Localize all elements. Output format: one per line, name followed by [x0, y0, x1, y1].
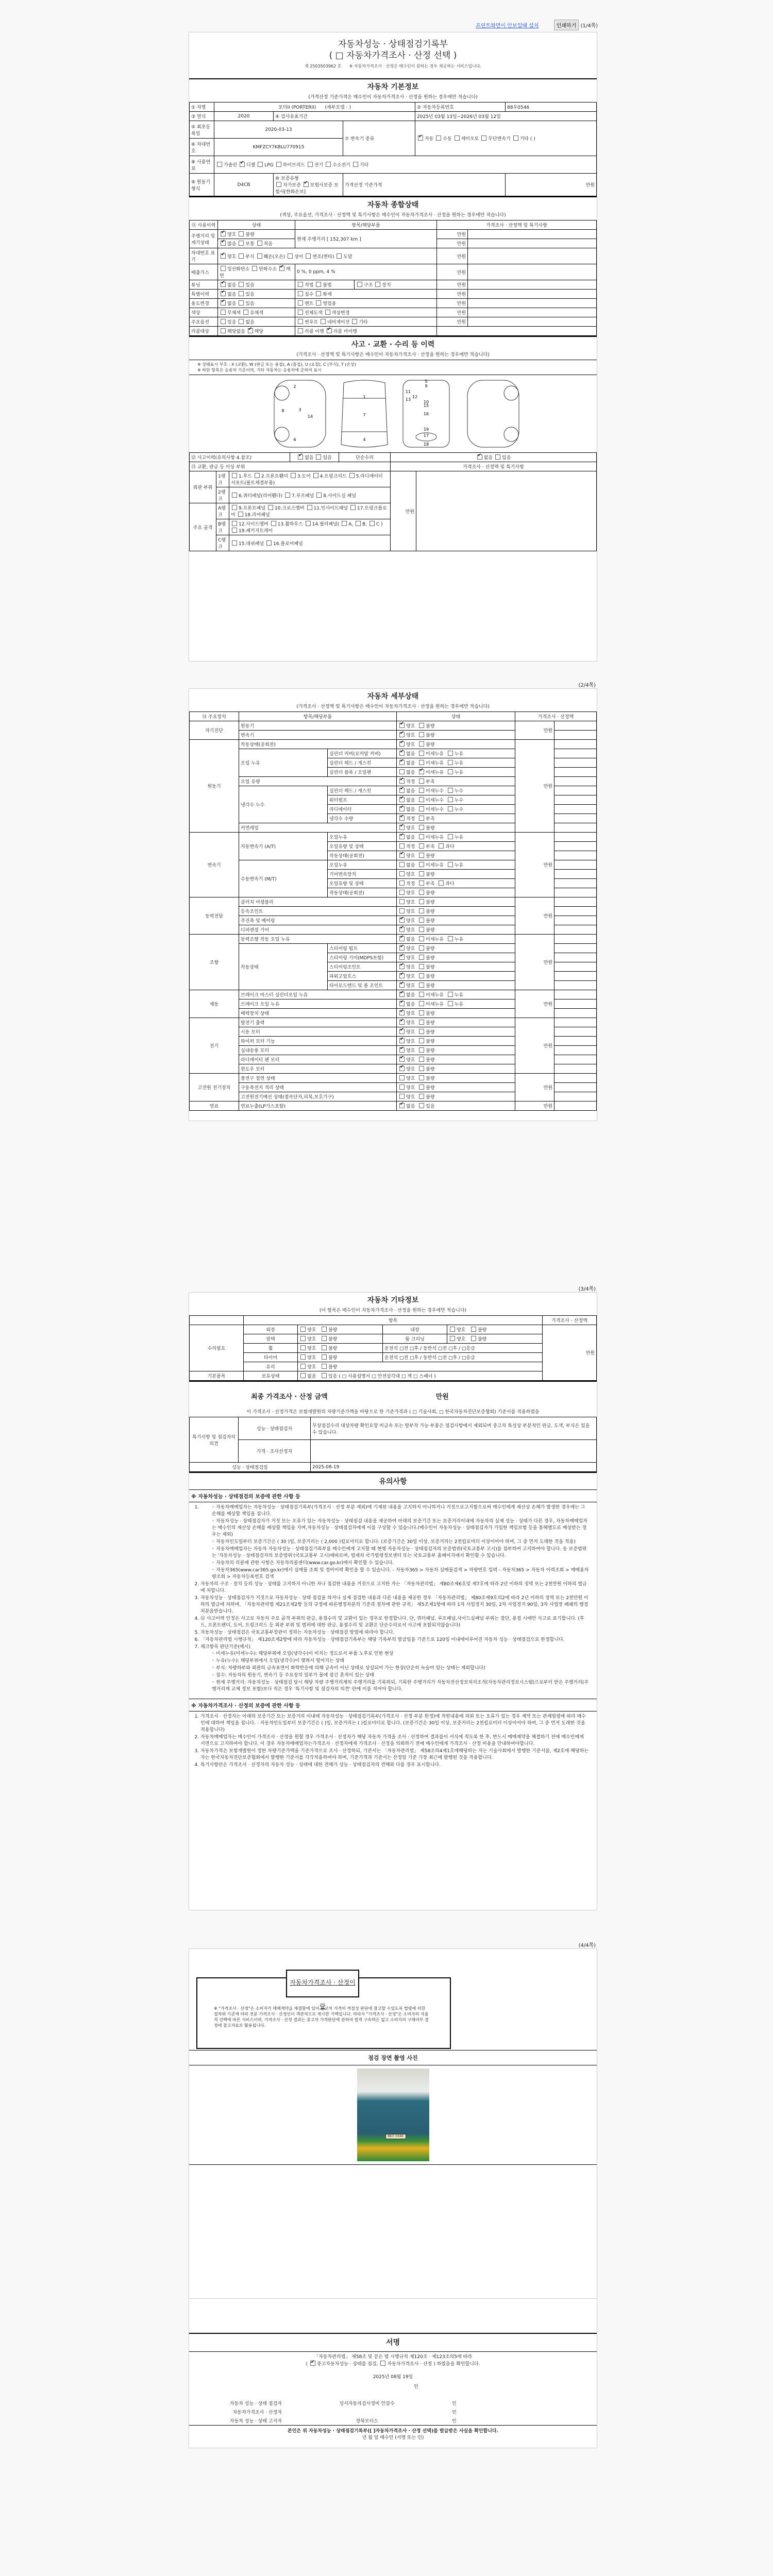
checkbox[interactable]	[471, 1327, 476, 1332]
option-label: 불량	[426, 872, 434, 877]
checkbox[interactable]	[481, 135, 486, 141]
checkbox[interactable]	[399, 936, 405, 941]
checkbox[interactable]	[221, 300, 226, 306]
checkbox[interactable]	[419, 936, 424, 941]
notice-item: 자동차매매업자는 자동차성능 · 상태점검기록부(가격조사 · 산정 부분 제외…	[200, 1504, 590, 1581]
first-reg: 2020-03-13	[214, 121, 343, 139]
checkbox[interactable]	[419, 834, 424, 839]
group-name: 자기진단	[190, 721, 239, 740]
checkbox[interactable]	[232, 493, 237, 498]
notice-section: 유의사항 ※ 자동차성능 · 상태점검의 보증에 관한 사항 등 자동차매매업자…	[189, 1472, 597, 1774]
option-label: 양호	[406, 872, 415, 877]
option-label: 있음	[323, 455, 331, 461]
checkbox[interactable]	[291, 473, 296, 478]
option-label: 양호	[406, 928, 415, 933]
checkbox[interactable]	[221, 241, 226, 246]
checkbox[interactable]	[316, 493, 322, 498]
group-name: 제동	[190, 990, 239, 1018]
checkbox[interactable]	[419, 806, 424, 811]
detail-row: 고전원 전기장치충전구 절연 상태양호 불량만원	[190, 1074, 597, 1083]
checkbox[interactable]	[298, 300, 303, 306]
option-label: 과다	[445, 882, 454, 887]
checkbox[interactable]	[298, 282, 303, 287]
checkbox[interactable]	[448, 760, 453, 765]
checkbox[interactable]	[357, 282, 362, 287]
checkbox[interactable]	[298, 291, 303, 296]
option-label: 없음	[406, 1104, 415, 1109]
checkbox[interactable]	[399, 862, 405, 867]
checkbox[interactable]	[419, 945, 424, 951]
checkbox[interactable]	[439, 880, 444, 886]
checkbox[interactable]	[419, 918, 424, 923]
option-label: 없음	[227, 283, 236, 288]
checkbox[interactable]	[471, 1336, 476, 1341]
notice-list-2: 가격조사 · 산정자는 아래의 보증기간 또는 보증거리 이내에 자동차성능 ·…	[189, 1711, 597, 1774]
option-label: 없음	[484, 455, 493, 461]
checkbox[interactable]	[285, 493, 290, 498]
checkbox[interactable]	[419, 1103, 424, 1108]
checkbox[interactable]	[419, 927, 424, 932]
svg-text:7: 7	[363, 413, 365, 417]
option-label: 기타	[360, 163, 368, 168]
checkbox[interactable]	[399, 973, 405, 978]
checkbox[interactable]	[399, 769, 405, 774]
option-label: 불량	[426, 1095, 434, 1100]
checkbox[interactable]	[419, 853, 424, 858]
checkbox[interactable]	[399, 778, 405, 784]
checkbox[interactable]	[419, 741, 424, 747]
checkbox[interactable]	[232, 473, 237, 478]
checkbox[interactable]	[298, 310, 303, 315]
checkbox[interactable]	[217, 162, 222, 167]
group-name: 조향	[190, 935, 239, 990]
option-label: 없음	[406, 789, 415, 794]
checkbox[interactable]	[419, 1029, 424, 1034]
checkbox[interactable]	[304, 182, 309, 187]
checkbox[interactable]	[399, 1010, 405, 1015]
option-label: 불량	[426, 733, 434, 738]
checkbox[interactable]	[448, 1001, 453, 1006]
install-link[interactable]: 프린트화면이 안보일때 설치	[476, 23, 539, 29]
checkbox[interactable]	[448, 992, 453, 997]
checkbox[interactable]	[419, 825, 424, 830]
checkbox[interactable]	[248, 328, 253, 333]
checkbox[interactable]	[399, 992, 405, 997]
checkbox[interactable]	[316, 291, 321, 296]
checkbox[interactable]	[239, 253, 244, 259]
box-title: 자동차가격조사 · 산정이란	[286, 1970, 359, 1997]
option-label: 기타	[359, 320, 367, 325]
option-label: 불량	[426, 1021, 434, 1026]
checkbox[interactable]	[221, 328, 226, 333]
checkbox[interactable]	[337, 253, 342, 259]
checkbox[interactable]	[419, 1075, 424, 1080]
svg-text:6: 6	[293, 437, 296, 442]
checkbox[interactable]	[399, 732, 405, 737]
checkbox[interactable]	[306, 253, 311, 259]
checkbox[interactable]	[399, 806, 405, 811]
section-title: 자동차 종합상태	[189, 197, 597, 210]
opinion-table: 특기사항 및 점검자의 의견성능 · 상태점검자무상점검수리 대상차량 확인요망…	[189, 1417, 597, 1472]
checkbox[interactable]	[419, 1084, 424, 1090]
checkbox[interactable]	[399, 797, 405, 802]
checkbox[interactable]	[419, 751, 424, 756]
svg-text:4: 4	[363, 437, 365, 442]
checkbox[interactable]	[399, 816, 405, 821]
notice-item: ⑫ 사고이력 인정은 사고로 자동차 주요 골격 부위의 판금, 용접수리 및 …	[200, 1616, 590, 1629]
checkbox[interactable]	[419, 982, 424, 988]
notice-item: 특기사항란은 가격조사 · 산정자의 자동차 성능 · 상태에 대한 견해가 성…	[200, 1762, 590, 1769]
checkbox[interactable]	[369, 521, 375, 526]
checkbox[interactable]	[399, 723, 405, 728]
option-label: 없음	[406, 835, 415, 840]
checkbox[interactable]	[419, 1001, 424, 1006]
print-button[interactable]: 인쇄하기	[554, 20, 579, 30]
checkbox[interactable]	[300, 1373, 306, 1378]
seal: 인	[236, 2384, 597, 2391]
checkbox[interactable]	[450, 1336, 455, 1341]
checkbox[interactable]	[239, 241, 244, 246]
section-note: (가격조사 · 산정액 및 특기사항은 매수인이 자동차가격조사 · 산정을 원…	[189, 349, 597, 360]
option-label: 도말	[343, 255, 352, 260]
checkbox[interactable]	[353, 162, 358, 167]
checkbox[interactable]	[279, 266, 284, 271]
checkbox[interactable]	[419, 955, 424, 960]
checkbox[interactable]	[321, 319, 326, 324]
option-label: 없음	[227, 301, 236, 307]
checkbox[interactable]	[271, 521, 276, 526]
option-label: 썬루프	[305, 320, 318, 325]
checkbox[interactable]	[399, 853, 405, 858]
checkbox[interactable]	[221, 231, 226, 236]
checkbox[interactable]	[419, 1057, 424, 1062]
checkbox[interactable]	[240, 162, 245, 167]
checkbox[interactable]	[399, 899, 405, 904]
option-label: 불량	[426, 946, 434, 952]
final-price-unit: 만원	[436, 1391, 449, 1401]
option-label: 자동	[425, 137, 433, 142]
checkbox[interactable]	[239, 319, 244, 324]
checkbox[interactable]	[399, 880, 405, 886]
overall-row: 차대번호 표기양호 부식 훼손(오손) 상이 변조(변타) 도말만원	[190, 248, 597, 264]
signers-table: 자동차 성능 · 상태 점검자성서자동차검사정비 안갑수인자동차가격조사 · 산…	[189, 2399, 597, 2425]
checkbox[interactable]	[450, 1327, 455, 1332]
checkbox[interactable]	[399, 945, 405, 951]
page-number: (4/4쪽)	[578, 1941, 596, 1948]
checkbox[interactable]	[455, 135, 460, 141]
checkbox[interactable]	[258, 162, 263, 167]
checkbox[interactable]	[399, 1094, 405, 1099]
checkbox[interactable]	[419, 1038, 424, 1043]
checkbox[interactable]	[352, 319, 357, 324]
checkbox[interactable]	[306, 521, 311, 526]
checkbox[interactable]	[257, 253, 262, 259]
group-name: 동력전달	[190, 897, 239, 935]
checkbox[interactable]	[448, 788, 453, 793]
option-label: 미세누수	[426, 789, 444, 794]
checkbox[interactable]	[419, 992, 424, 997]
checkbox[interactable]	[325, 310, 330, 315]
checkbox[interactable]	[232, 521, 237, 526]
checkbox[interactable]	[238, 512, 243, 517]
checkbox[interactable]	[313, 473, 318, 478]
notice-item: 가격조사 · 산정자는 아래의 보증기간 또는 보증거리 이내에 자동차성능 ·…	[200, 1714, 590, 1734]
checkbox[interactable]	[300, 1354, 306, 1360]
basic-info-section: 자동차 기본정보 (가격산정 기준가격은 매수인이 자동차가격조사 · 산정을 …	[189, 78, 597, 196]
option-label: 부족	[426, 844, 434, 850]
checkbox[interactable]	[448, 751, 453, 756]
checkbox[interactable]	[221, 319, 226, 324]
checkbox[interactable]	[221, 282, 226, 287]
checkbox[interactable]	[300, 1327, 306, 1332]
option-label: 장치	[382, 283, 391, 288]
checkbox[interactable]	[419, 899, 424, 904]
overall-row: 색상무채색 유채색전체도색 색상변경만원	[190, 308, 597, 317]
checkbox[interactable]	[399, 871, 405, 876]
checkbox[interactable]	[419, 1047, 424, 1053]
option-label: 양호	[406, 1067, 415, 1072]
checkbox[interactable]	[255, 473, 260, 478]
checkbox[interactable]	[419, 788, 424, 793]
option-label: 양호	[406, 733, 415, 738]
checkbox[interactable]	[399, 918, 405, 923]
option-label: 리콜 미이행	[333, 329, 357, 334]
checkbox[interactable]	[495, 454, 500, 460]
checkbox[interactable]	[477, 454, 482, 460]
option-label: 미세누유	[426, 937, 444, 942]
option-label: 적정	[406, 882, 415, 887]
checkbox[interactable]	[243, 310, 248, 315]
signer-row: 자동차 성능 · 상태 고지자경북모터스인	[189, 2416, 597, 2425]
checkbox[interactable]	[300, 1345, 306, 1350]
checkbox[interactable]	[399, 1057, 405, 1062]
checkbox[interactable]	[300, 1336, 306, 1341]
checkbox[interactable]	[316, 300, 321, 306]
checkbox[interactable]	[419, 1010, 424, 1015]
checkbox[interactable]	[399, 908, 405, 913]
page-2: (2/4쪽) 자동차 세부상태 (가격조사 · 산정액 및 특기사항은 매수인이…	[189, 688, 597, 1121]
checkbox[interactable]	[232, 540, 237, 546]
checkbox[interactable]	[298, 319, 303, 324]
checkbox[interactable]	[276, 162, 281, 167]
checkbox[interactable]	[221, 266, 226, 271]
option-label: 양호	[406, 742, 415, 748]
checkbox[interactable]	[322, 1345, 327, 1350]
option-label: 구조	[364, 283, 373, 288]
checkbox[interactable]	[300, 1364, 306, 1369]
checkbox[interactable]	[349, 473, 355, 478]
engine: D4CB	[214, 174, 274, 196]
checkbox[interactable]	[322, 1327, 327, 1332]
svg-text:12: 12	[412, 395, 417, 399]
signature-page: 서명 「자동차관리법」 제58조 및 같은 법 시행규칙 제120조 · 제12…	[189, 2299, 597, 2448]
checkbox[interactable]	[419, 843, 424, 849]
option-label: 양호	[406, 974, 415, 979]
checkbox[interactable]	[419, 760, 424, 765]
checkbox[interactable]	[419, 890, 424, 895]
checkbox[interactable]	[342, 521, 347, 526]
checkbox[interactable]	[448, 806, 453, 811]
checkbox[interactable]	[419, 778, 424, 784]
checkbox[interactable]	[399, 1066, 405, 1071]
option-label: 불량	[426, 724, 434, 729]
checkbox[interactable]	[399, 760, 405, 765]
checkbox[interactable]	[252, 266, 257, 271]
checkbox[interactable]	[439, 843, 444, 849]
checkbox[interactable]	[399, 1103, 405, 1108]
checkbox[interactable]	[419, 880, 424, 886]
checkbox[interactable]	[308, 162, 313, 167]
checkbox[interactable]	[307, 505, 312, 510]
checkbox[interactable]	[419, 973, 424, 978]
checkbox[interactable]	[298, 328, 303, 333]
final-price-label: 최종 가격조사 · 산정 금액	[251, 1391, 328, 1401]
option-label: 불량	[426, 1058, 434, 1063]
option-label: 양호	[406, 1030, 415, 1035]
checkbox[interactable]	[436, 135, 441, 141]
option-label: 불량	[426, 928, 434, 933]
checkbox[interactable]	[232, 528, 237, 533]
checkbox[interactable]	[419, 732, 424, 737]
checkbox[interactable]	[375, 282, 380, 287]
svg-text:2: 2	[293, 384, 296, 389]
checkbox[interactable]	[322, 1364, 327, 1369]
page-number: (1/4쪽)	[580, 23, 598, 29]
checkbox[interactable]	[419, 1094, 424, 1099]
checkbox[interactable]	[399, 964, 405, 969]
checkbox[interactable]	[356, 521, 361, 526]
checkbox[interactable]	[399, 741, 405, 747]
checkbox[interactable]	[399, 825, 405, 830]
checkbox[interactable]	[399, 955, 405, 960]
section-title: 자동차 기타정보	[189, 1293, 597, 1305]
option-label: 누유	[455, 835, 463, 840]
checkbox-inspection[interactable]	[310, 2361, 315, 2366]
option-label: 불법	[323, 283, 331, 288]
checkbox[interactable]	[266, 540, 272, 546]
checkbox[interactable]	[239, 282, 244, 287]
checkbox[interactable]	[322, 1354, 327, 1360]
checkbox[interactable]	[276, 182, 281, 187]
checkbox[interactable]	[239, 291, 244, 296]
confirm-check2: 자동차가격조사 · 산정 ) 하였음을 확인합니다.	[387, 2362, 480, 2367]
checkbox[interactable]	[350, 505, 356, 510]
option-label: 양호	[406, 946, 415, 952]
checkbox[interactable]	[399, 1001, 405, 1006]
option-label: 불량	[426, 900, 434, 905]
option-label: 무단변속기	[488, 137, 510, 142]
checkbox[interactable]	[327, 328, 332, 333]
option-label: 없음	[406, 798, 415, 803]
option-label: 양호	[406, 919, 415, 924]
checkbox[interactable]	[419, 964, 424, 969]
option-label: 양호	[406, 900, 415, 905]
checkbox[interactable]	[448, 936, 453, 941]
checkbox[interactable]	[298, 454, 303, 460]
checkbox[interactable]	[419, 908, 424, 913]
legend-line: ※ 하단 항목은 승용차 기준이며, 기타 자동차는 승용차에 준하여 표시	[197, 367, 589, 373]
checkbox[interactable]	[419, 862, 424, 867]
checkbox[interactable]	[288, 253, 293, 259]
checkbox[interactable]	[316, 454, 321, 460]
checkbox[interactable]	[399, 834, 405, 839]
checkbox[interactable]	[419, 723, 424, 728]
checkbox[interactable]	[326, 162, 331, 167]
checkbox[interactable]	[322, 1373, 327, 1378]
checkbox[interactable]	[419, 816, 424, 821]
checkbox[interactable]	[399, 890, 405, 895]
checkbox[interactable]	[399, 982, 405, 988]
checkbox[interactable]	[399, 843, 405, 849]
checkbox[interactable]	[399, 1084, 405, 1090]
option-label: 누유	[455, 752, 463, 757]
base-price-unit: 만원	[506, 174, 597, 196]
option-label: 불량	[426, 1067, 434, 1072]
option-label: 누유	[455, 761, 463, 766]
checkbox[interactable]	[221, 310, 226, 315]
checkbox[interactable]	[322, 1336, 327, 1341]
checkbox[interactable]	[448, 834, 453, 839]
checkbox[interactable]	[399, 1047, 405, 1053]
checkbox[interactable]	[239, 231, 244, 236]
checkbox[interactable]	[399, 1038, 405, 1043]
option-label: 있음	[227, 320, 236, 325]
checkbox[interactable]	[221, 291, 226, 296]
sign-date: 2025년 08월 19일	[189, 2374, 597, 2381]
checkbox[interactable]	[239, 300, 244, 306]
option-label: 상이	[294, 255, 303, 260]
svg-text:8: 8	[281, 409, 284, 413]
detail-row: 제동브레이크 마스터 실린더오일 누유없음 미세누유 누유만원	[190, 990, 597, 999]
option-label: 없음	[406, 937, 415, 942]
checkbox[interactable]	[399, 927, 405, 932]
checkbox[interactable]	[399, 1075, 405, 1080]
checkbox[interactable]	[221, 253, 226, 259]
overall-row: 주요옵션있음 없음썬루프 네비게이션 기타만원	[190, 317, 597, 327]
checkbox[interactable]	[419, 797, 424, 802]
option-label: 불량	[426, 909, 434, 914]
checkbox-appraisal[interactable]	[380, 2361, 385, 2366]
option-label: 불량	[426, 1076, 434, 1081]
checkbox[interactable]	[232, 505, 237, 510]
checkbox[interactable]	[448, 769, 453, 774]
checkbox[interactable]	[257, 241, 262, 246]
section-title: 자동차 기본정보	[189, 79, 597, 92]
page-number: (3/4쪽)	[578, 1284, 596, 1292]
checkbox[interactable]	[399, 788, 405, 793]
option-label: 불량	[426, 984, 434, 989]
checkbox[interactable]	[448, 797, 453, 802]
checkbox[interactable]	[448, 862, 453, 867]
checkbox[interactable]	[399, 1029, 405, 1034]
checkbox[interactable]	[268, 505, 273, 510]
checkbox[interactable]	[399, 1020, 405, 1025]
checkbox[interactable]	[513, 135, 518, 141]
checkbox[interactable]	[419, 1020, 424, 1025]
document-title: 자동차성능 · 상태점검기록부 ( □ 자동차가격조사 · 산정 선택 )	[189, 39, 597, 61]
checkbox[interactable]	[418, 135, 423, 141]
group-name: 전기	[190, 1018, 239, 1074]
svg-text:13: 13	[406, 397, 411, 402]
checkbox[interactable]	[419, 871, 424, 876]
mileage: 현재 주행거리 [ 152,307 km ]	[295, 230, 437, 248]
option-label: 유채색	[250, 311, 263, 316]
checkbox[interactable]	[419, 1066, 424, 1071]
option-label: 과다	[445, 844, 454, 850]
checkbox[interactable]	[399, 751, 405, 756]
checkbox[interactable]	[316, 282, 321, 287]
checkbox[interactable]	[419, 769, 424, 774]
